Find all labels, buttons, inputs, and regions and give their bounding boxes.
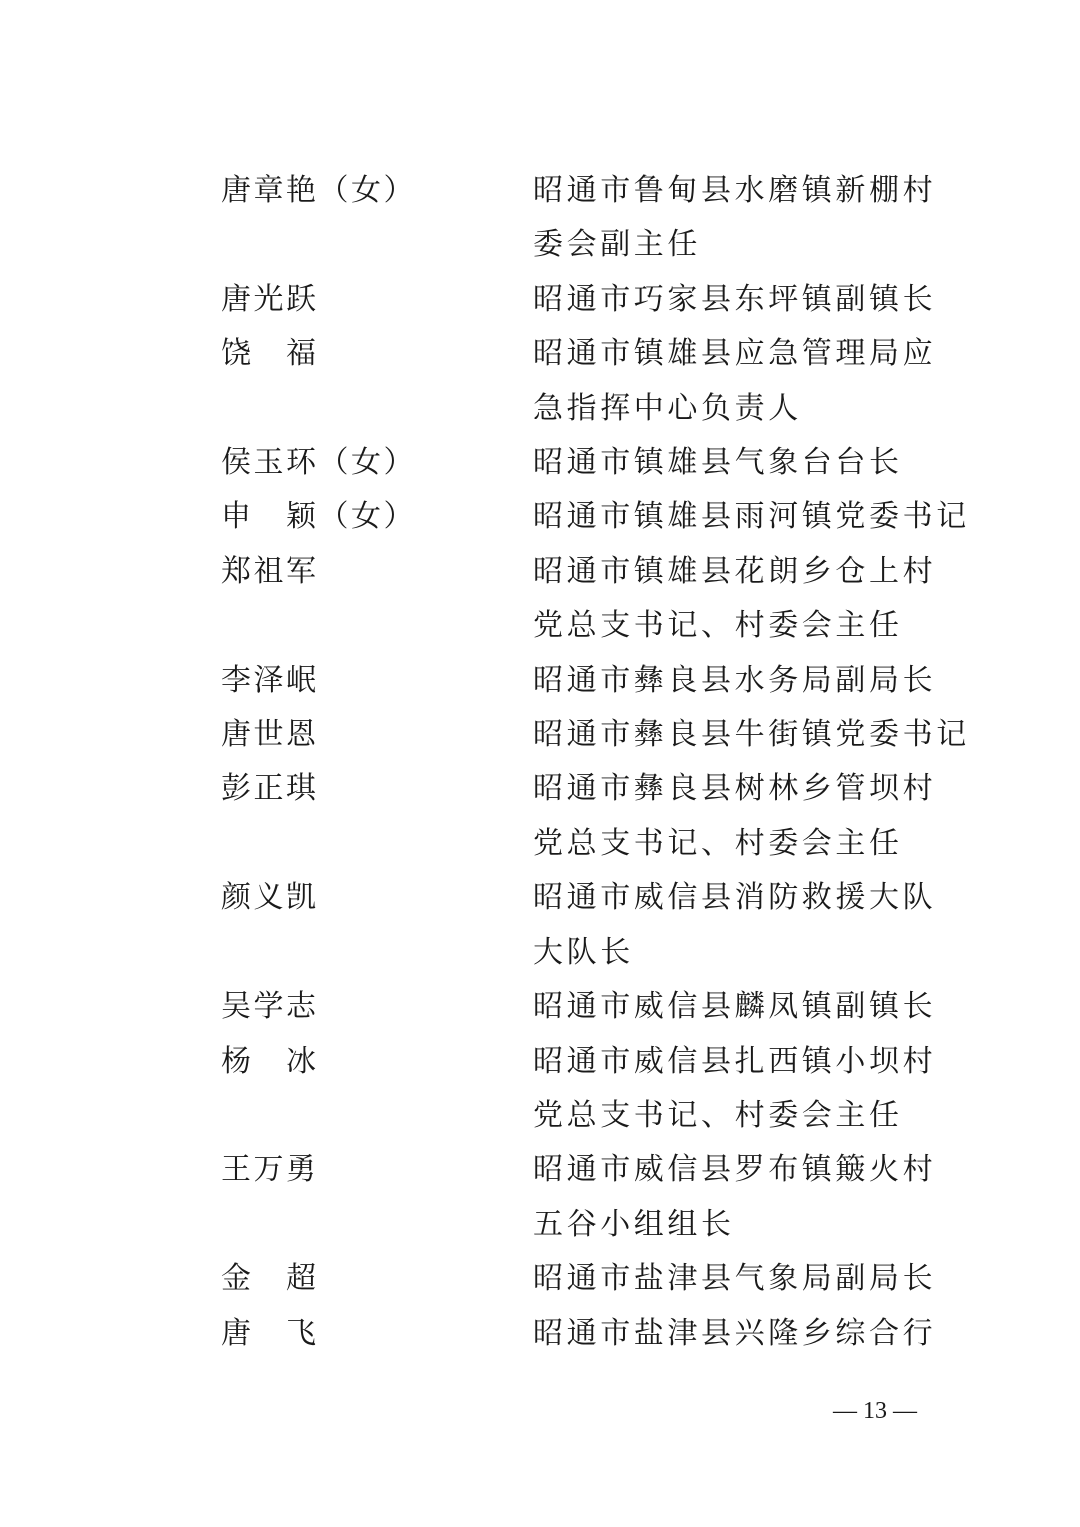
position-line: 昭通市彝良县水务局副局长 [533, 654, 941, 708]
list-item: 吴学志 昭通市威信县麟凤镇副镇长 [221, 980, 941, 1034]
person-name: 郑祖军 [221, 545, 533, 599]
person-name: 唐 飞 [221, 1307, 533, 1361]
person-position: 昭通市威信县麟凤镇副镇长 [533, 980, 941, 1034]
person-name: 杨 冰 [221, 1035, 533, 1089]
list-item: 彭正琪 昭通市彝良县树林乡管坝村 党总支书记、村委会主任 [221, 762, 941, 871]
person-position: 昭通市彝良县水务局副局长 [533, 654, 941, 708]
list-item: 侯玉环（女） 昭通市镇雄县气象台台长 [221, 436, 941, 490]
position-line: 急指挥中心负责人 [533, 382, 941, 436]
position-line: 昭通市彝良县牛街镇党委书记 [533, 708, 970, 762]
position-line: 昭通市镇雄县应急管理局应 [533, 327, 941, 381]
position-line: 昭通市巧家县东坪镇副镇长 [533, 273, 941, 327]
person-position: 昭通市威信县罗布镇簸火村 五谷小组组长 [533, 1143, 941, 1252]
position-line: 昭通市威信县麟凤镇副镇长 [533, 980, 941, 1034]
person-name: 彭正琪 [221, 762, 533, 816]
person-name: 侯玉环（女） [221, 436, 533, 490]
list-item: 杨 冰 昭通市威信县扎西镇小坝村 党总支书记、村委会主任 [221, 1035, 941, 1144]
personnel-list: 唐章艳（女） 昭通市鲁甸县水磨镇新棚村 委会副主任 唐光跃 昭通市巧家县东坪镇副… [221, 164, 941, 1361]
position-line: 党总支书记、村委会主任 [533, 1089, 941, 1143]
list-item: 饶 福 昭通市镇雄县应急管理局应 急指挥中心负责人 [221, 327, 941, 436]
list-item: 唐 飞 昭通市盐津县兴隆乡综合行 [221, 1307, 941, 1361]
page-number: — 13 — [820, 1398, 930, 1425]
person-position: 昭通市镇雄县应急管理局应 急指挥中心负责人 [533, 327, 941, 436]
position-line: 昭通市彝良县树林乡管坝村 [533, 762, 941, 816]
position-line: 昭通市威信县罗布镇簸火村 [533, 1143, 941, 1197]
person-name: 金 超 [221, 1252, 533, 1306]
position-line: 昭通市威信县消防救援大队 [533, 871, 941, 925]
position-line: 委会副主任 [533, 218, 941, 272]
position-line: 昭通市盐津县气象局副局长 [533, 1252, 941, 1306]
person-name: 颜义凯 [221, 871, 533, 925]
person-name: 唐光跃 [221, 273, 533, 327]
person-position: 昭通市巧家县东坪镇副镇长 [533, 273, 941, 327]
position-line: 昭通市镇雄县花朗乡仓上村 [533, 545, 941, 599]
person-position: 昭通市彝良县树林乡管坝村 党总支书记、村委会主任 [533, 762, 941, 871]
person-name: 申 颖（女） [221, 490, 533, 544]
person-position: 昭通市鲁甸县水磨镇新棚村 委会副主任 [533, 164, 941, 273]
list-item: 唐章艳（女） 昭通市鲁甸县水磨镇新棚村 委会副主任 [221, 164, 941, 273]
position-line: 大队长 [533, 926, 941, 980]
position-line: 党总支书记、村委会主任 [533, 817, 941, 871]
person-position: 昭通市镇雄县花朗乡仓上村 党总支书记、村委会主任 [533, 545, 941, 654]
person-position: 昭通市彝良县牛街镇党委书记 [533, 708, 970, 762]
person-name: 吴学志 [221, 980, 533, 1034]
person-position: 昭通市镇雄县雨河镇党委书记 [533, 490, 970, 544]
position-line: 五谷小组组长 [533, 1198, 941, 1252]
list-item: 颜义凯 昭通市威信县消防救援大队 大队长 [221, 871, 941, 980]
position-line: 昭通市盐津县兴隆乡综合行 [533, 1307, 941, 1361]
list-item: 郑祖军 昭通市镇雄县花朗乡仓上村 党总支书记、村委会主任 [221, 545, 941, 654]
person-position: 昭通市盐津县兴隆乡综合行 [533, 1307, 941, 1361]
list-item: 唐光跃 昭通市巧家县东坪镇副镇长 [221, 273, 941, 327]
person-position: 昭通市镇雄县气象台台长 [533, 436, 941, 490]
person-name: 唐章艳（女） [221, 164, 533, 218]
position-line: 党总支书记、村委会主任 [533, 599, 941, 653]
document-page: 唐章艳（女） 昭通市鲁甸县水磨镇新棚村 委会副主任 唐光跃 昭通市巧家县东坪镇副… [0, 0, 1080, 1527]
person-name: 王万勇 [221, 1143, 533, 1197]
list-item: 金 超 昭通市盐津县气象局副局长 [221, 1252, 941, 1306]
person-position: 昭通市威信县扎西镇小坝村 党总支书记、村委会主任 [533, 1035, 941, 1144]
position-line: 昭通市镇雄县气象台台长 [533, 436, 941, 490]
list-item: 王万勇 昭通市威信县罗布镇簸火村 五谷小组组长 [221, 1143, 941, 1252]
list-item: 申 颖（女） 昭通市镇雄县雨河镇党委书记 [221, 490, 941, 544]
list-item: 李泽岷 昭通市彝良县水务局副局长 [221, 654, 941, 708]
position-line: 昭通市威信县扎西镇小坝村 [533, 1035, 941, 1089]
position-line: 昭通市鲁甸县水磨镇新棚村 [533, 164, 941, 218]
list-item: 唐世恩 昭通市彝良县牛街镇党委书记 [221, 708, 941, 762]
position-line: 昭通市镇雄县雨河镇党委书记 [533, 490, 970, 544]
person-name: 唐世恩 [221, 708, 533, 762]
person-name: 饶 福 [221, 327, 533, 381]
person-position: 昭通市威信县消防救援大队 大队长 [533, 871, 941, 980]
person-position: 昭通市盐津县气象局副局长 [533, 1252, 941, 1306]
person-name: 李泽岷 [221, 654, 533, 708]
